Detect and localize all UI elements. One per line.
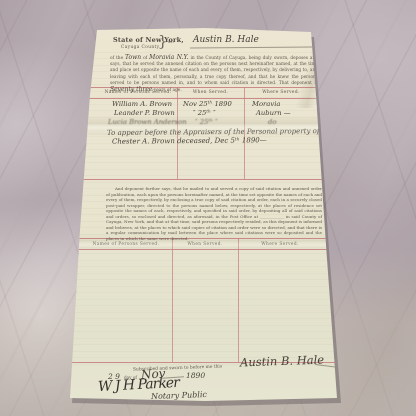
table-row-when: ″ 25ᵗʰ ″ — [193, 109, 216, 117]
table2-column-divider — [238, 238, 239, 362]
table-row-name: Leander P. Brown — [114, 109, 175, 117]
form-county-label: Cayuga County, — [121, 45, 161, 50]
table1-header-rule — [80, 98, 330, 99]
photo-stage: State of New York, Cayuga County, } ss: … — [0, 0, 416, 416]
table1-header-names: Names of Persons Served. — [100, 90, 176, 95]
table1-header-when: When Served. — [178, 90, 243, 95]
handwritten-note-line2: Chester A. Brown deceased, Dec 5ᵗʰ 1890— — [112, 136, 267, 145]
table-row-when: Nov 25ᵗʰ 1890 — [183, 100, 232, 108]
table-row-name: William A. Brown — [112, 100, 172, 108]
handwritten-town: Town — [125, 54, 141, 61]
jurat-year-handwritten: 1890 — [186, 371, 205, 380]
form-brace-glyph: } — [158, 32, 168, 50]
printed-text: of — [143, 56, 147, 61]
handwritten-place: Moravia N.Y. — [149, 54, 188, 61]
table2-column-divider — [172, 238, 173, 362]
affidavit-paragraph-2: And deponent further says, that he maile… — [106, 186, 322, 241]
table-row-where: Auburn — — [256, 109, 291, 117]
deponent-signature: Austin B. Hale — [240, 353, 325, 370]
table1-bottom-rule — [78, 179, 332, 180]
affidavit-paragraph-1: of the Town of Moravia N.Y. in the Count… — [110, 55, 318, 94]
printed-text: of the — [110, 56, 123, 61]
table-row-when: ″ 25ᵗʰ ″ — [195, 118, 218, 126]
table2-header-when: When Served. — [173, 242, 237, 247]
table2-header-names: Names of Persons Served. — [80, 242, 172, 247]
table2-header-rule — [76, 249, 334, 250]
header-name-underline — [190, 46, 312, 48]
deponent-name-handwritten: Austin B. Hale — [193, 35, 259, 45]
table-row-where: Moravia — [252, 100, 280, 108]
table1-header-where: Where Served. — [245, 90, 317, 95]
table-row-name: Lucia Brown Anderson — [108, 118, 187, 126]
table2-header-where: Where Served. — [239, 242, 321, 247]
notary-title-handwritten: Notary Public — [151, 390, 207, 401]
table-row-where: do — [268, 118, 276, 126]
form-ss-label: ss: — [168, 40, 174, 45]
printed-text: in the County of Cayuga, being duly swor… — [110, 56, 318, 86]
